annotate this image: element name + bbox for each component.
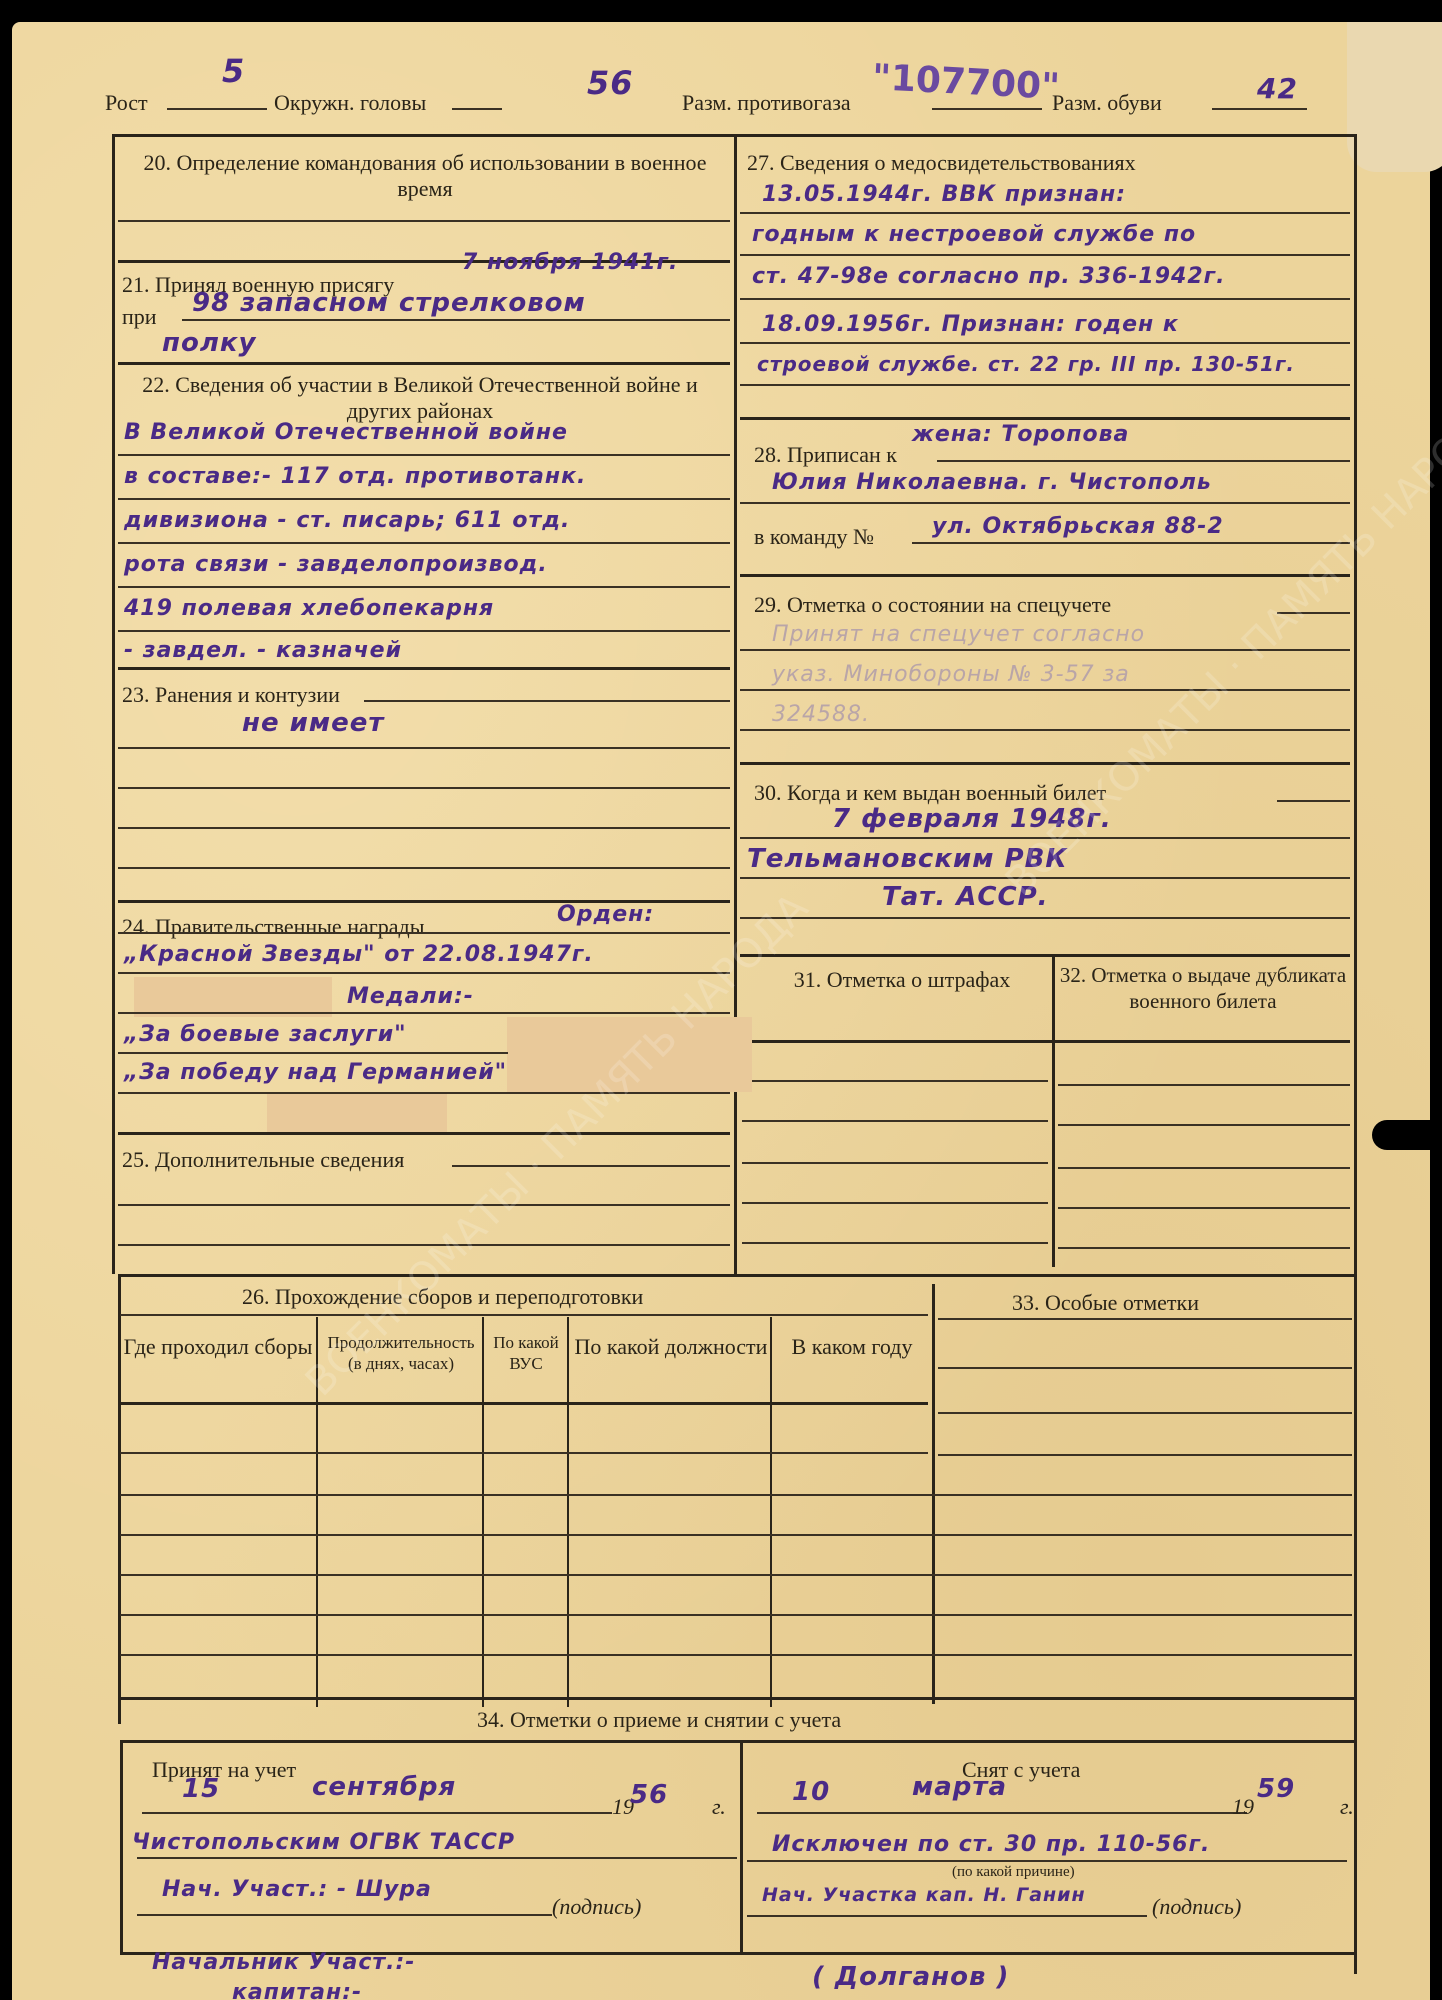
removed-below: ( Долганов ): [812, 1962, 1009, 1992]
s30-line-2: Тельмановским РВК: [747, 844, 1068, 874]
s24-medal-1: „За боевые заслуги": [124, 1022, 407, 1047]
s22-line-2: в составе:- 117 отд. противотанк.: [124, 464, 586, 489]
s28-line-2: Юлия Николаевна. г. Чистополь: [772, 470, 1212, 495]
s22-line-3: дивизиона - ст. писарь; 611 отд.: [124, 508, 570, 533]
removed-year-prefix: 19: [1232, 1794, 1254, 1820]
shoe-value: 42: [1257, 72, 1298, 105]
scan-edge-right: [1430, 0, 1442, 2000]
s22-label: 22. Сведения об участии в Великой Отечес…: [120, 372, 720, 424]
redaction: [134, 977, 332, 1017]
s26-col-position: По какой должности: [574, 1334, 768, 1360]
s33-label: 33. Особые отметки: [1012, 1290, 1199, 1316]
removed-reason-label: (по какой причине): [952, 1864, 1075, 1881]
s29-label: 29. Отметка о состоянии на спецучете: [754, 592, 1111, 618]
s22-line-6: - завдел. - казначей: [124, 638, 402, 663]
paper-tear: [1372, 1120, 1442, 1150]
accepted-below1: Начальник Участ.:-: [152, 1950, 415, 1975]
s27-line-5: строевой службе. ст. 22 гр. III пр. 130-…: [757, 352, 1295, 376]
removed-year-g: г.: [1340, 1794, 1354, 1820]
removed-month: марта: [912, 1772, 1007, 1802]
s27-label: 27. Сведения о медосвидетельствованиях: [747, 150, 1136, 176]
s29-faint-3: 324588.: [772, 702, 870, 727]
s24-order-label: Орден:: [557, 902, 654, 927]
s27-line-1: 13.05.1944г. ВВК признан:: [762, 182, 1126, 207]
s31-label: 31. Отметка о штрафах: [772, 967, 1032, 993]
s21-date: 7 ноября 1941г.: [462, 250, 678, 275]
s26-col-year: В каком году: [777, 1334, 927, 1360]
accepted-day: 15: [182, 1774, 220, 1804]
s21-line1: 98 запасном стрелковом: [192, 288, 586, 318]
s26-col-duration: Продолжительность (в днях, часах): [322, 1332, 480, 1374]
s28-label-b: в команду №: [754, 524, 874, 550]
removed-signer: Нач. Участка кап. Н. Ганин: [762, 1884, 1086, 1906]
removed-reason: Исключен по ст. 30 пр. 110-56г.: [772, 1832, 1210, 1857]
accepted-signature-label: (подпись): [552, 1894, 641, 1920]
stamp-number: "107700": [871, 57, 1061, 108]
s28-line-1: жена: Торопова: [912, 422, 1129, 447]
s30-line-3: Тат. АССР.: [882, 882, 1049, 912]
accepted-label: Принят на учет: [152, 1757, 296, 1783]
head-value: 56: [587, 64, 634, 102]
s22-line-1: В Великой Отечественной войне: [124, 420, 568, 445]
torn-corner: [1347, 22, 1442, 172]
s29-faint-1: Принят на спецучет согласно: [772, 622, 1145, 647]
accepted-year-suffix: 56: [630, 1780, 668, 1810]
height-value: 5: [222, 52, 245, 90]
s27-line-2: годным к нестроевой службе по: [752, 222, 1196, 247]
s24-order: „Красной Звезды" от 22.08.1947г.: [124, 942, 594, 967]
s25-label: 25. Дополнительные сведения: [122, 1147, 404, 1173]
s21-label-b: при: [122, 304, 157, 330]
s27-line-3: ст. 47-98е согласно пр. 336-1942г.: [752, 264, 1225, 289]
head-label: Окружн. головы: [274, 90, 426, 116]
s32-label: 32. Отметка о выдаче дубликата военного …: [1058, 962, 1348, 1014]
s21-line2: полку: [162, 328, 256, 358]
accepted-below2: капитан:-: [232, 1980, 362, 2000]
s23-label: 23. Ранения и контузии: [122, 682, 340, 708]
removed-year-suffix: 59: [1257, 1774, 1295, 1804]
accepted-line2: Нач. Участ.: - Шура: [162, 1877, 432, 1902]
s20-label: 20. Определение командования об использо…: [120, 150, 730, 202]
height-label: Рост: [105, 90, 148, 116]
s23-value: не имеет: [242, 708, 384, 738]
s30-line-1: 7 февраля 1948г.: [832, 804, 1112, 834]
s30-label: 30. Когда и кем выдан военный билет: [754, 780, 1106, 806]
redaction: [267, 1094, 447, 1134]
accepted-year-g: г.: [712, 1794, 726, 1820]
accepted-line1: Чистопольским ОГВК ТАССР: [132, 1830, 515, 1855]
s28-line-3: ул. Октябрьская 88-2: [932, 514, 1224, 539]
s24-medals-label: Медали:-: [347, 984, 474, 1009]
redaction: [507, 1017, 752, 1092]
document-page: Рост 5 Окружн. головы 56 Разм. противога…: [12, 22, 1430, 2000]
s26-col-where: Где проходил сборы: [122, 1334, 314, 1360]
s22-line-5: 419 полевая хлебопекарня: [124, 596, 494, 621]
s28-label: 28. Приписан к: [754, 442, 897, 468]
s29-faint-2: указ. Минобороны № 3-57 за: [772, 662, 1130, 687]
s26-title: 26. Прохождение сборов и переподготовки: [242, 1284, 643, 1310]
gasmask-label: Разм. противогаза: [682, 90, 851, 116]
removed-signature-label: (подпись): [1152, 1894, 1241, 1920]
s22-line-4: рота связи - завделопроизвод.: [124, 552, 548, 577]
s24-medal-2: „За победу над Германией": [124, 1060, 507, 1085]
accepted-month: сентября: [312, 1772, 456, 1802]
s26-col-vus: По какой ВУС: [487, 1332, 565, 1374]
s24-label: 24. Правительственные награды: [122, 914, 425, 940]
shoe-label: Разм. обуви: [1052, 90, 1162, 116]
removed-day: 10: [792, 1777, 830, 1807]
s27-line-4: 18.09.1956г. Признан: годен к: [762, 312, 1179, 337]
s34-title: 34. Отметки о приеме и снятии с учета: [477, 1707, 841, 1733]
